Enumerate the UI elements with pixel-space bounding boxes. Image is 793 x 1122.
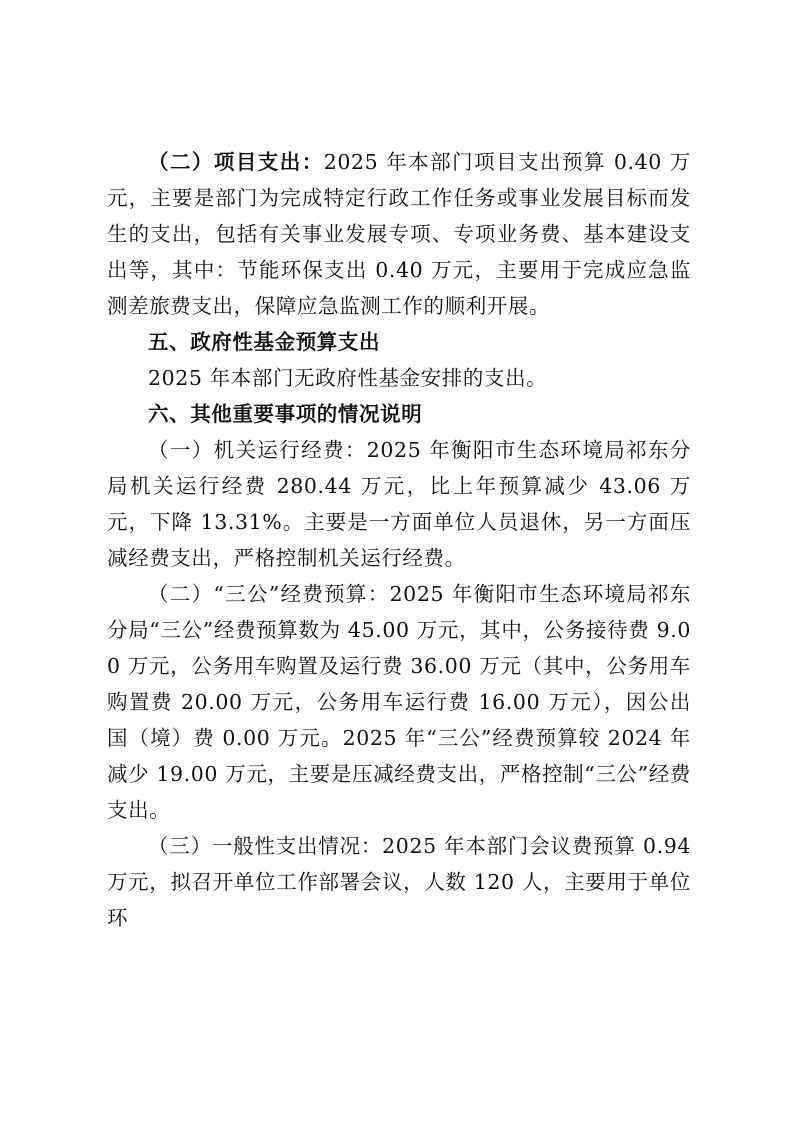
heading-other-matters: 六、其他重要事项的情况说明: [107, 396, 691, 432]
paragraph-general-expenditure: （三）一般性支出情况：2025 年本部门会议费预算 0.94 万元，拟召开单位工…: [107, 828, 691, 936]
document-page: （二）项目支出：2025 年本部门项目支出预算 0.40 万元，主要是部门为完成…: [107, 144, 691, 936]
paragraph-government-fund: 2025 年本部门无政府性基金安排的支出。: [107, 360, 691, 396]
paragraph-project-expenditure: （二）项目支出：2025 年本部门项目支出预算 0.40 万元，主要是部门为完成…: [107, 144, 691, 324]
heading-government-fund: 五、政府性基金预算支出: [107, 324, 691, 360]
paragraph-three-public-expenses: （二）“三公”经费预算：2025 年衡阳市生态环境局祁东分局“三公”经费预算数为…: [107, 576, 691, 828]
paragraph-lead: （二）项目支出：: [148, 150, 324, 174]
paragraph-text: 2025 年本部门项目支出预算 0.40 万元，主要是部门为完成特定行政工作任务…: [107, 150, 691, 318]
paragraph-operating-expenses: （一）机关运行经费：2025 年衡阳市生态环境局祁东分局机关运行经费 280.4…: [107, 432, 691, 576]
